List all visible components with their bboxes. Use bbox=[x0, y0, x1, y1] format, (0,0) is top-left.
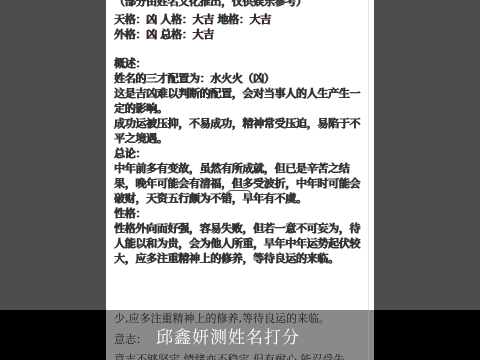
section-title-summary: 总论： bbox=[114, 146, 366, 161]
caption-underlay-line-below: 意志不够坚定,情绪亦不稳定,但有耐心,能忍受失 bbox=[114, 351, 345, 360]
waige-label: 外格： bbox=[114, 28, 146, 41]
dige-value: 大吉 bbox=[250, 13, 271, 26]
section-title-overview: 概述： bbox=[114, 56, 366, 71]
renge-value: 大吉 bbox=[192, 13, 213, 26]
caption-page-edge bbox=[368, 310, 369, 360]
zongge-value: 大吉 bbox=[192, 28, 213, 41]
tiange-value: 凶 bbox=[146, 13, 157, 26]
article-content: （部分由姓名文化推出，仅供娱乐参考） 天格：凶 人格：大吉 地格：大吉 外格：凶… bbox=[114, 0, 366, 266]
personality-text: 性格外向而好强，容易失败，但若一意不可妄为，待人能以和为贵，会为他人所重，早年中… bbox=[114, 221, 366, 266]
screen: （部分由姓名文化推出，仅供娱乐参考） 天格：凶 人格：大吉 地格：大吉 外格：凶… bbox=[0, 0, 480, 360]
section-title-personality: 性格： bbox=[114, 206, 366, 221]
overview-line-2: 这是吉凶难以判断的配置，会对当事人的人生产生一定的影响。 bbox=[114, 86, 366, 116]
section-overview: 概述： 姓名的三才配置为：水火火（凶） 这是吉凶难以判断的配置，会对当事人的人生… bbox=[114, 56, 366, 146]
tiange-label: 天格： bbox=[114, 13, 146, 26]
renge-label: 人格： bbox=[160, 13, 192, 26]
disclaimer-note: （部分由姓名文化推出，仅供娱乐参考） bbox=[114, 0, 366, 9]
caption-title: 邱鑫妍测姓名打分 bbox=[156, 323, 300, 348]
overview-line-1: 姓名的三才配置为：水火火（凶） bbox=[114, 71, 366, 86]
dige-label: 地格： bbox=[217, 13, 249, 26]
grid-row-1: 天格：凶 人格：大吉 地格：大吉 bbox=[114, 12, 366, 27]
grid-row-2: 外格：凶 总格：大吉 bbox=[114, 27, 366, 42]
caption-underlay-label: 意志： bbox=[114, 331, 147, 347]
inline-bracket-mark bbox=[227, 190, 251, 201]
article-page[interactable]: （部分由姓名文化推出，仅供娱乐参考） 天格：凶 人格：大吉 地格：大吉 外格：凶… bbox=[106, 0, 374, 360]
section-personality: 性格： 性格外向而好强，容易失败，但若一意不可妄为，待人能以和为贵，会为他人所重… bbox=[114, 206, 366, 266]
overview-line-3: 成功运被压抑，不易成功，精神常受压迫，易陷于不平之境遇。 bbox=[114, 116, 366, 146]
caption-page-region: 少,应多注重精神上的修养,等待良运的来临。 意志： 邱鑫妍测姓名打分 意志不够坚… bbox=[106, 310, 374, 360]
waige-value: 凶 bbox=[146, 28, 157, 41]
page-edge-divider bbox=[368, 0, 369, 360]
zongge-label: 总格： bbox=[160, 28, 192, 41]
